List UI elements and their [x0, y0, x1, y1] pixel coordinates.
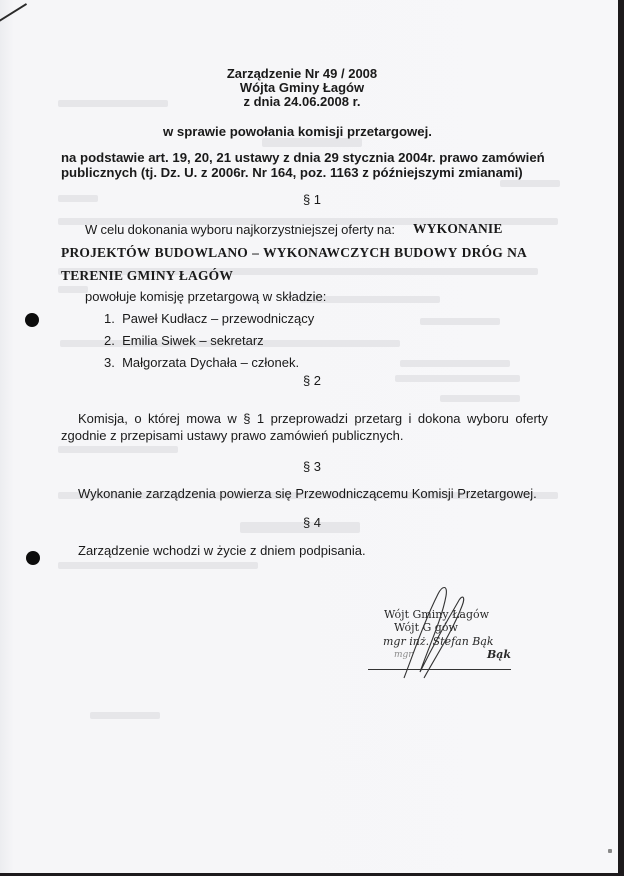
section-mark-1: § 1	[0, 192, 624, 207]
bleed-through-mark	[420, 318, 500, 325]
word: w	[227, 411, 236, 426]
tender-subject-line-1: WYKONANIE	[413, 221, 503, 237]
bleed-through-mark	[90, 712, 160, 719]
scan-speck	[608, 849, 612, 853]
signature-line	[368, 669, 511, 670]
punch-hole	[25, 313, 39, 327]
word: BUDOWLANO	[155, 245, 248, 261]
document-date: z dnia 24.06.2008 r.	[0, 94, 614, 110]
word: o	[134, 411, 141, 426]
appoint-committee-text: powołuje komisję przetargową w składzie:	[85, 289, 326, 304]
member-name-role: Emilia Siwek – sekretarz	[122, 333, 264, 348]
word: przeprowadzi	[271, 411, 348, 426]
word: NA	[507, 245, 527, 261]
member-number: 1.	[104, 311, 115, 326]
word: W	[85, 222, 97, 237]
bleed-through-mark	[58, 562, 258, 569]
document-subject: w sprawie powołania komisji przetargowej…	[163, 124, 432, 139]
word: Komisja,	[78, 411, 128, 426]
word: i	[409, 411, 412, 426]
bleed-through-mark	[58, 446, 178, 453]
section-mark-4: § 4	[0, 515, 624, 530]
word: przetarg	[354, 411, 402, 426]
section-1-intro: W celu dokonania wyboru najkorzystniejsz…	[85, 222, 395, 237]
punch-hole	[26, 551, 40, 565]
word: mowa	[186, 411, 221, 426]
word: –	[252, 245, 259, 261]
section-4-text: Zarządzenie wchodzi w życie z dniem podp…	[78, 543, 366, 558]
bleed-through-mark	[500, 180, 560, 187]
bleed-through-mark	[262, 138, 362, 147]
section-mark-3: § 3	[0, 459, 624, 474]
scanned-page: Zarządzenie Nr 49 / 2008 Wójta Gminy Łag…	[0, 0, 618, 873]
member-number: 2.	[104, 333, 115, 348]
bleed-through-mark	[400, 360, 510, 367]
word: najkorzystniejszej	[236, 222, 338, 237]
tender-subject-line-3: TERENIE GMINY ŁAGÓW	[61, 268, 233, 284]
word: PROJEKTÓW	[61, 245, 151, 261]
section-mark-2: § 2	[0, 373, 624, 388]
scan-edge-right	[618, 0, 624, 876]
legal-basis-line-2: publicznych (tj. Dz. U. z 2006r. Nr 164,…	[61, 165, 523, 180]
word: 1	[257, 411, 264, 426]
word: dokonania	[128, 222, 188, 237]
word: oferty	[341, 222, 374, 237]
member-item-1: 1. Paweł Kudłacz – przewodniczący	[104, 311, 314, 326]
word: §	[243, 411, 250, 426]
word: oferty	[515, 411, 548, 426]
word: dokona	[418, 411, 461, 426]
section-2-line-1: Komisja, o której mowa w § 1 przeprowadz…	[78, 411, 548, 426]
word: wyboru	[467, 411, 509, 426]
word: WYKONAWCZYCH	[263, 245, 390, 261]
tender-subject-line-2: PROJEKTÓW BUDOWLANO – WYKONAWCZYCH BUDOW…	[61, 245, 527, 261]
bleed-through-mark	[440, 395, 520, 402]
section-3-text: Wykonanie zarządzenia powierza się Przew…	[78, 486, 537, 501]
word: DRÓG	[462, 245, 503, 261]
stamp-line-4-right: Bąk	[487, 648, 511, 661]
bleed-through-mark	[58, 286, 88, 293]
section-2-line-2: zgodnie z przepisami ustawy prawo zamówi…	[61, 428, 404, 443]
member-name-role: Małgorzata Dychała – członek.	[122, 355, 299, 370]
word: BUDOWY	[394, 245, 457, 261]
word: której	[148, 411, 180, 426]
member-item-3: 3. Małgorzata Dychała – członek.	[104, 355, 299, 370]
legal-basis-line-1: na podstawie art. 19, 20, 21 ustawy z dn…	[61, 150, 545, 165]
member-number: 3.	[104, 355, 115, 370]
handwritten-signature	[400, 582, 470, 682]
word: celu	[101, 222, 125, 237]
word: na:	[377, 222, 395, 237]
member-name-role: Paweł Kudłacz – przewodniczący	[122, 311, 314, 326]
word: wyboru	[191, 222, 233, 237]
member-item-2: 2. Emilia Siwek – sekretarz	[104, 333, 264, 348]
